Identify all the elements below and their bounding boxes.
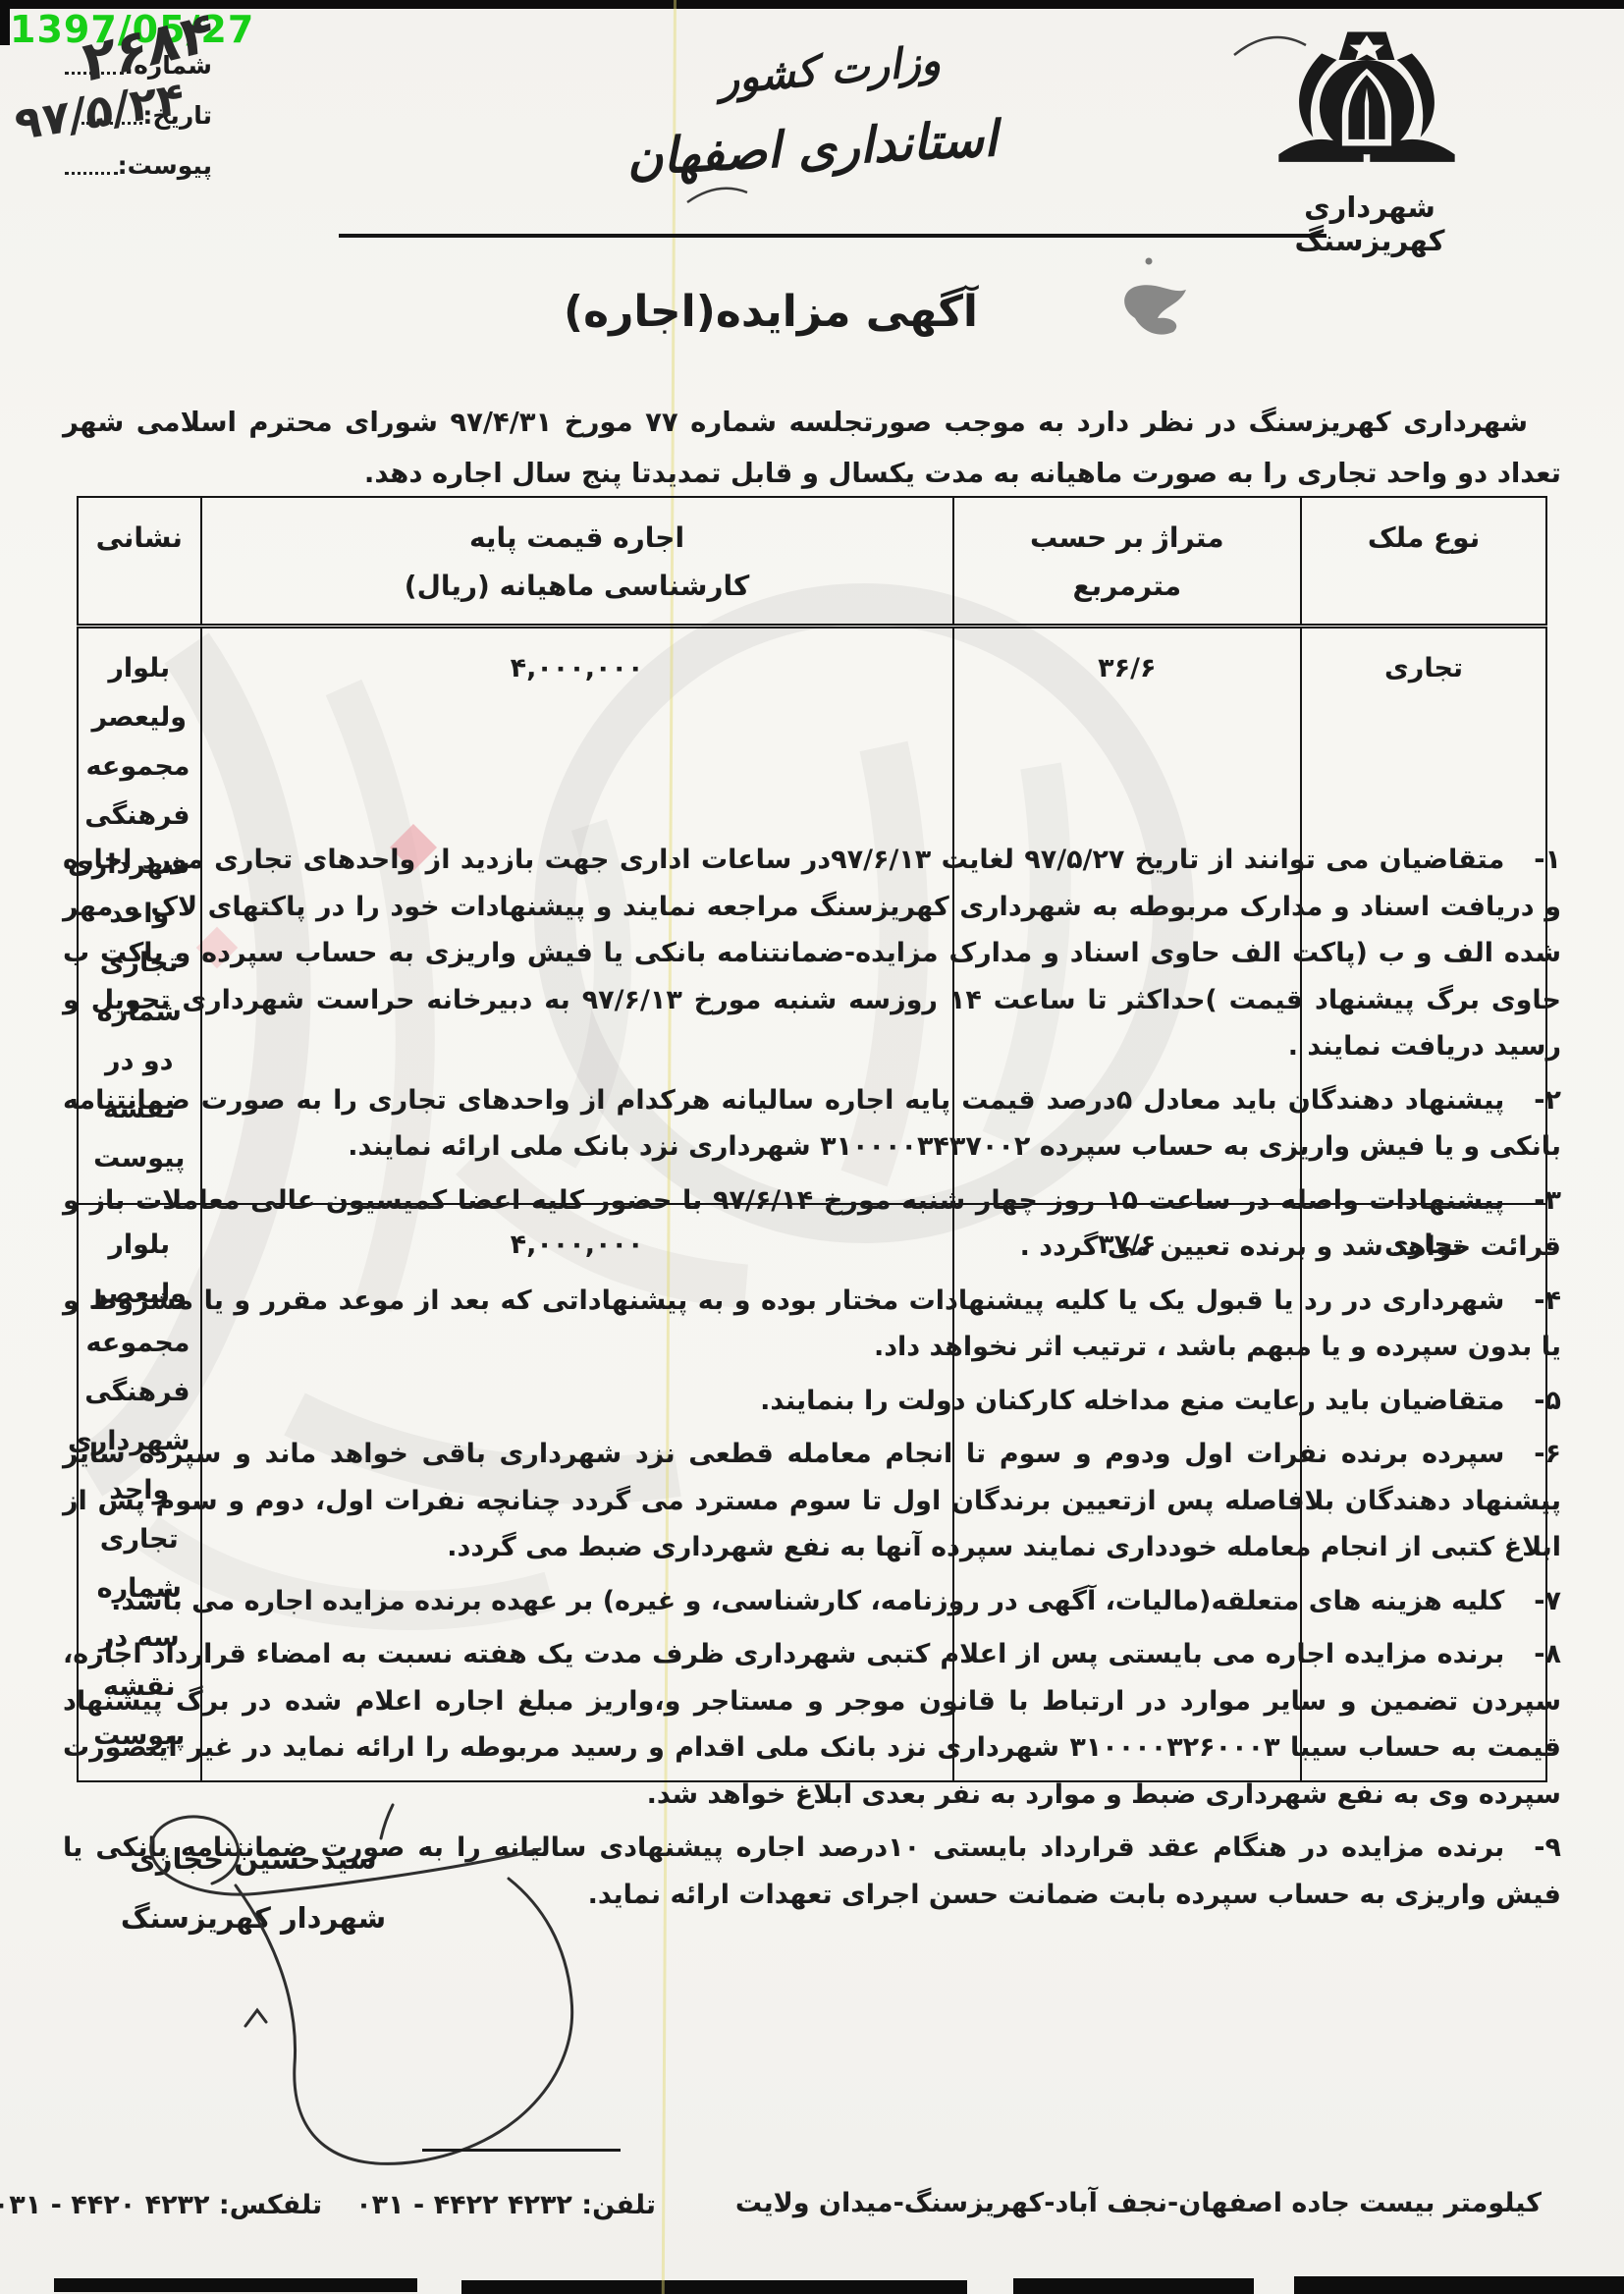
scanned-document-page: 1397/05/27 شماره: تاریخ: پیوست: ۲۶۸۴ ۹۷/… [0, 0, 1624, 2294]
item-text: متقاضیان باید رعایت منع مداخله کارکنان د… [760, 1386, 1504, 1416]
notice-item: ۴-شهرداری در رد یا قبول یک یا کلیه پیشنه… [63, 1278, 1561, 1371]
notice-item: ۷-کلیه هزینه های متعلقه(مالیات، آگهی در … [63, 1578, 1561, 1625]
notice-item: ۵-متقاضیان باید رعایت منع مداخله کارکنان… [63, 1378, 1561, 1425]
pen-squiggle-mark [682, 179, 753, 210]
table-header-cell: نوع ملک [1301, 497, 1546, 627]
item-number: ۱- [1504, 845, 1561, 875]
item-text: شهرداری در رد یا قبول یک یا کلیه پیشنهاد… [63, 1285, 1561, 1363]
notice-intro: شهرداری کهریزسنگ در نظر دارد به موجب صور… [63, 397, 1561, 500]
notice-title: آگهی مزایده(اجاره) [0, 287, 1583, 337]
municipality-name: شهرداری کهریزسنگ [1227, 191, 1512, 257]
municipality-logo [1259, 26, 1475, 187]
scan-edge-bottom [1294, 2276, 1624, 2294]
table-header-cell: نشانی [78, 497, 201, 627]
item-number: ۲- [1504, 1085, 1561, 1116]
handwritten-signature [88, 1775, 697, 2188]
item-number: ۷- [1504, 1586, 1561, 1616]
footer-divider [422, 2149, 621, 2152]
item-number: ۶- [1504, 1439, 1561, 1469]
item-number: ۴- [1504, 1285, 1561, 1316]
footer-contacts: تلفن: ۴۲۳۲ ۴۴۲۲ - ۰۳۱ تلفکس: ۴۲۳۲ ۴۴۲۰ -… [27, 2190, 656, 2220]
units-table-header-row: نوع ملکمتراژ بر حسب مترمربعاجاره قیمت پا… [78, 497, 1546, 627]
table-header-cell: اجاره قیمت پایه کارشناسی ماهیانه (ریال) [201, 497, 953, 627]
scan-edge-bottom [1013, 2278, 1254, 2294]
scan-edge-corner [0, 0, 10, 45]
notice-conditions: ۱-متقاضیان می توانند از تاریخ ۹۷/۵/۲۷ لغ… [63, 837, 1561, 1925]
notice-item: ۶-سپرده برنده نفرات اول ودوم و سوم تا ان… [63, 1431, 1561, 1571]
units-table-head: نوع ملکمتراژ بر حسب مترمربعاجاره قیمت پا… [78, 497, 1546, 627]
item-number: ۸- [1504, 1639, 1561, 1669]
footer-fax: تلفکس: ۴۲۳۲ ۴۴۲۰ - ۰۳۱ [0, 2190, 322, 2220]
item-text: پیشنهادات واصله در ساعت ۱۵ روز چهار شنبه… [63, 1185, 1561, 1263]
item-number: ۳- [1504, 1185, 1561, 1216]
footer-address: کیلومتر بیست جاده اصفهان-نجف آباد-کهریزس… [735, 2188, 1542, 2218]
item-number: ۵- [1504, 1386, 1561, 1416]
notice-item: ۱-متقاضیان می توانند از تاریخ ۹۷/۵/۲۷ لغ… [63, 837, 1561, 1070]
table-header-cell: متراژ بر حسب مترمربع [953, 497, 1302, 627]
footer-phone: تلفن: ۴۲۳۲ ۴۴۲۲ - ۰۳۱ [355, 2190, 656, 2220]
scan-edge-bottom [54, 2278, 417, 2292]
notice-item: ۳-پیشنهادات واصله در ساعت ۱۵ روز چهار شن… [63, 1177, 1561, 1271]
item-text: کلیه هزینه های متعلقه(مالیات، آگهی در رو… [111, 1586, 1504, 1616]
tulip-emblem-icon [1259, 26, 1475, 187]
scan-edge-bottom [461, 2280, 967, 2294]
item-number: ۹- [1504, 1832, 1561, 1863]
item-text: سپرده برنده نفرات اول ودوم و سوم تا انجا… [63, 1439, 1561, 1562]
header-divider [339, 234, 1326, 238]
notice-item: ۲-پیشنهاد دهندگان باید معادل ۵درصد قیمت … [63, 1077, 1561, 1171]
item-text: متقاضیان می توانند از تاریخ ۹۷/۵/۲۷ لغای… [63, 845, 1561, 1062]
item-text: پیشنهاد دهندگان باید معادل ۵درصد قیمت پا… [63, 1085, 1561, 1163]
